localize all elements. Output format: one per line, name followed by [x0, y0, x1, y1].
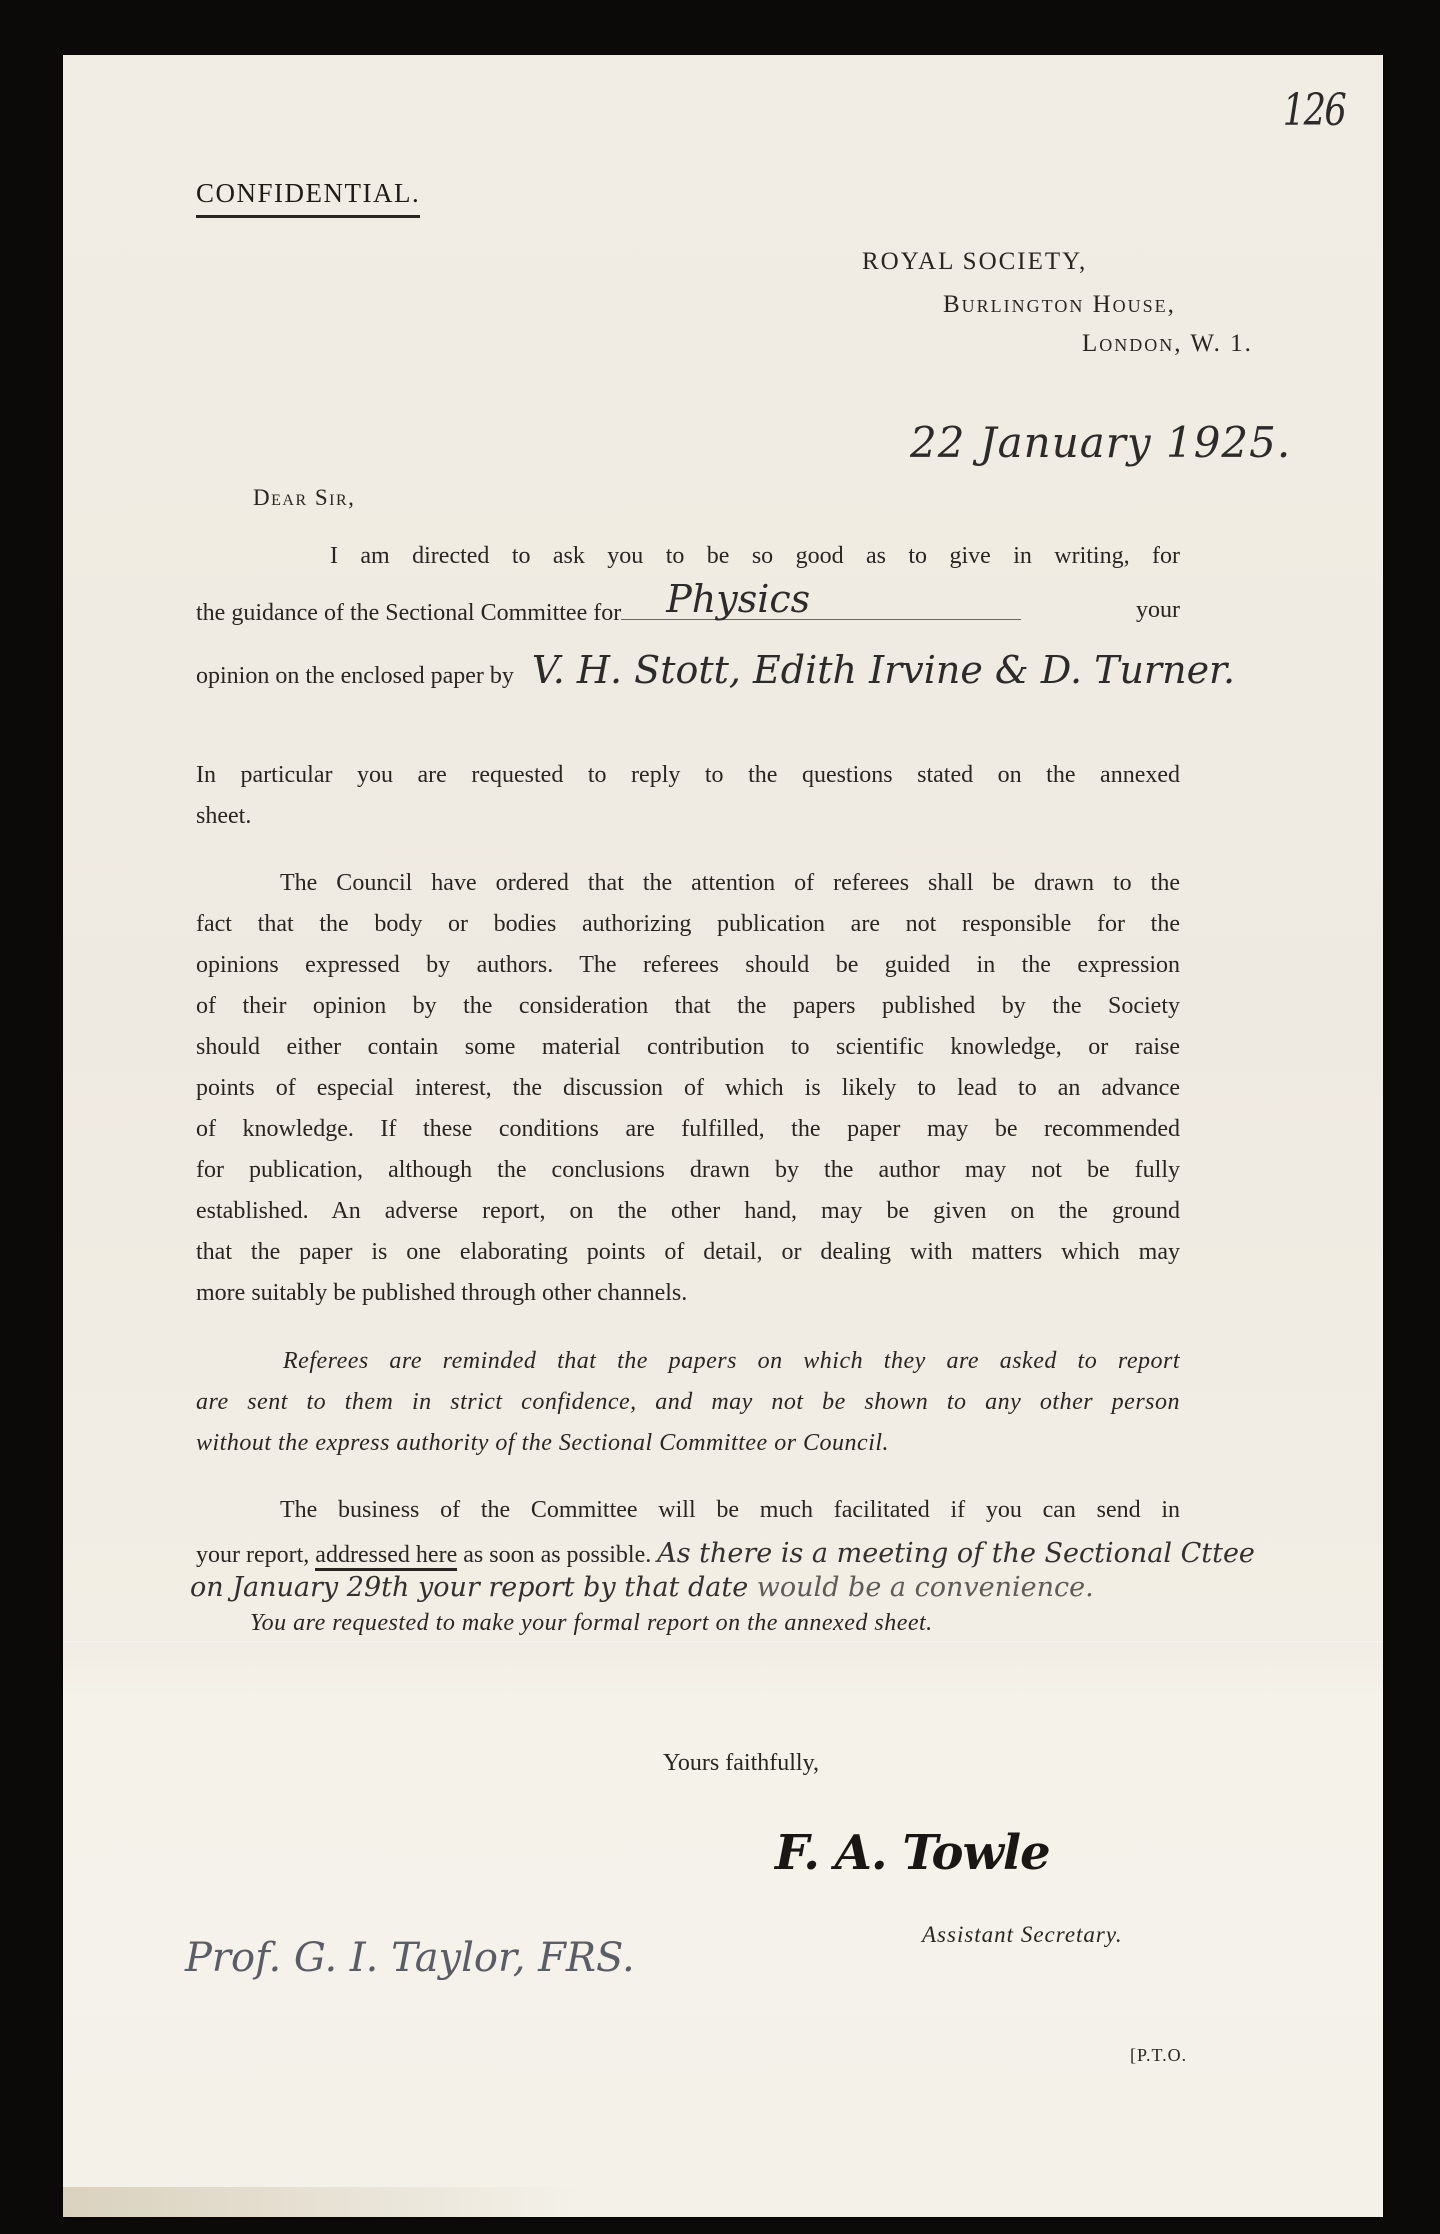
business-line-2: your report, addressed here as soon as p…: [196, 1538, 1396, 1569]
request-line-3: opinion on the enclosed paper byV. H. St…: [196, 648, 1326, 692]
council-line: of their opinion by the consideration th…: [196, 993, 1180, 1020]
council-line: established. An adverse report, on the o…: [196, 1198, 1180, 1225]
annotation-dark: on January 29th your report by that date: [190, 1572, 748, 1603]
committee-handwritten: Physics: [666, 577, 810, 621]
council-line: opinions expressed by authors. The refer…: [196, 952, 1180, 979]
archive-page-number: 126: [1283, 85, 1345, 136]
organization-name: ROYAL SOCIETY,: [862, 248, 1087, 276]
council-line: of knowledge. If these conditions are fu…: [196, 1116, 1180, 1143]
committee-prefix: the guidance of the Sectional Committee …: [196, 600, 621, 626]
business-suffix: as soon as possible.: [463, 1542, 651, 1568]
request-line-1: I am directed to ask you to be so good a…: [330, 543, 1180, 570]
committee-field: Physics: [621, 597, 1021, 620]
address-line-2: London, W. 1.: [1082, 330, 1253, 358]
meeting-annotation-1: As there is a meeting of the Sectional C…: [657, 1538, 1255, 1569]
formal-report-note: You are requested to make your formal re…: [250, 1610, 1234, 1637]
confidence-line: without the express authority of the Sec…: [196, 1430, 1180, 1457]
committee-suffix: your: [1136, 597, 1180, 624]
council-line: should either contain some material cont…: [196, 1034, 1180, 1061]
council-line: for publication, although the conclusion…: [196, 1157, 1180, 1184]
paper-stain: [63, 2187, 583, 2217]
council-line: fact that the body or bodies authorizing…: [196, 911, 1180, 938]
business-prefix: your report,: [196, 1542, 309, 1568]
signatory-title: Assistant Secretary.: [922, 1922, 1123, 1948]
addressee-handwritten: Prof. G. I. Taylor, FRS.: [185, 1935, 635, 1981]
council-line: more suitably be published through other…: [196, 1280, 1180, 1307]
confidence-line: Referees are reminded that the papers on…: [283, 1348, 1180, 1375]
particular-line-2: sheet.: [196, 803, 1180, 830]
particular-line-1: In particular you are requested to reply…: [196, 762, 1180, 789]
please-turn-over: [P.T.O.: [1130, 2045, 1187, 2066]
signature: F. A. Towle: [775, 1825, 1050, 1881]
council-line: points of especial interest, the discuss…: [196, 1075, 1180, 1102]
annotation-grey: would be a convenience.: [757, 1572, 1094, 1603]
council-line: that the paper is one elaborating points…: [196, 1239, 1180, 1266]
handwritten-date: 22 January 1925.: [910, 418, 1291, 467]
authors-handwritten: V. H. Stott, Edith Irvine & D. Turner.: [532, 648, 1235, 692]
closing: Yours faithfully,: [663, 1750, 819, 1777]
fold-line: [63, 1640, 1383, 1642]
salutation: Dear Sir,: [253, 485, 355, 511]
address-line-1: Burlington House,: [943, 291, 1176, 319]
request-line-2: the guidance of the Sectional Committee …: [196, 597, 1180, 627]
council-line: The Council have ordered that the attent…: [280, 870, 1180, 897]
confidence-line: are sent to them in strict confidence, a…: [196, 1389, 1180, 1416]
confidential-label: CONFIDENTIAL.: [196, 178, 420, 218]
paper-prefix: opinion on the enclosed paper by: [196, 663, 514, 689]
meeting-annotation-2: on January 29th your report by that date…: [190, 1572, 1390, 1603]
business-line-1: The business of the Committee will be mu…: [280, 1497, 1180, 1524]
addressed-here-underlined: addressed here: [315, 1542, 457, 1571]
